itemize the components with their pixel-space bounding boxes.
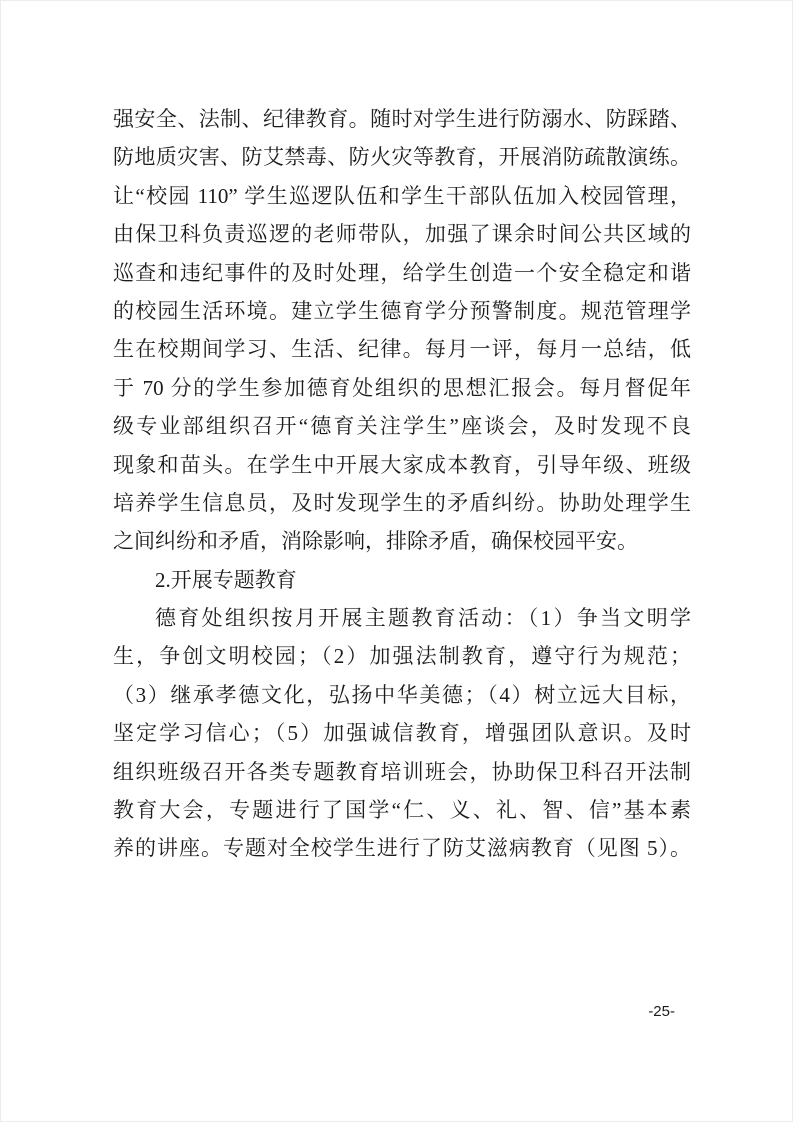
text-line: 巡查和违纪事件的及时处理，给学生创造一个安全稳定和谐 [113,254,691,292]
text-line: 生，争创文明校园；（2）加强法制教育，遵守行为规范； [113,637,691,675]
text-line: 之间纠纷和矛盾，消除影响，排除矛盾，确保校园平安。 [113,522,691,560]
section-heading: 2.开展专题教育 [113,561,691,599]
text-line: 让“校园 110” 学生巡逻队伍和学生干部队伍加入校园管理， [113,177,691,215]
text-line: 德育处组织按月开展主题教育活动：（1）争当文明学 [113,599,691,637]
text-line: 养的讲座。专题对全校学生进行了防艾滋病教育（见图 5）。 [113,829,691,867]
text-line: 坚定学习信心；（5）加强诚信教育，增强团队意识。及时 [113,714,691,752]
document-page: 强安全、法制、纪律教育。随时对学生进行防溺水、防踩踏、 防地质灾害、防艾禁毒、防… [0,0,793,1122]
text-line: 组织班级召开各类专题教育培训班会，协助保卫科召开法制 [113,753,691,791]
text-line: 强安全、法制、纪律教育。随时对学生进行防溺水、防踩踏、 [113,100,691,138]
text-line: 现象和苗头。在学生中开展大家成本教育，引导年级、班级 [113,446,691,484]
text-line: 防地质灾害、防艾禁毒、防火灾等教育，开展消防疏散演练。 [113,138,691,176]
text-line: 由保卫科负责巡逻的老师带队，加强了课余时间公共区域的 [113,215,691,253]
text-line: 教育大会，专题进行了国学“仁、义、礼、智、信”基本素 [113,791,691,829]
text-line: 培养学生信息员，及时发现学生的矛盾纠纷。协助处理学生 [113,484,691,522]
document-body: 强安全、法制、纪律教育。随时对学生进行防溺水、防踩踏、 防地质灾害、防艾禁毒、防… [113,100,691,868]
text-line: 级专业部组织召开“德育关注学生”座谈会，及时发现不良 [113,407,691,445]
text-line: 生在校期间学习、生活、纪律。每月一评，每月一总结，低 [113,330,691,368]
text-line: （3）继承孝德文化，弘扬中华美德；（4）树立远大目标， [113,676,691,714]
text-line: 于 70 分的学生参加德育处组织的思想汇报会。每月督促年 [113,369,691,407]
page-number: -25- [648,1002,675,1022]
text-line: 的校园生活环境。建立学生德育学分预警制度。规范管理学 [113,292,691,330]
